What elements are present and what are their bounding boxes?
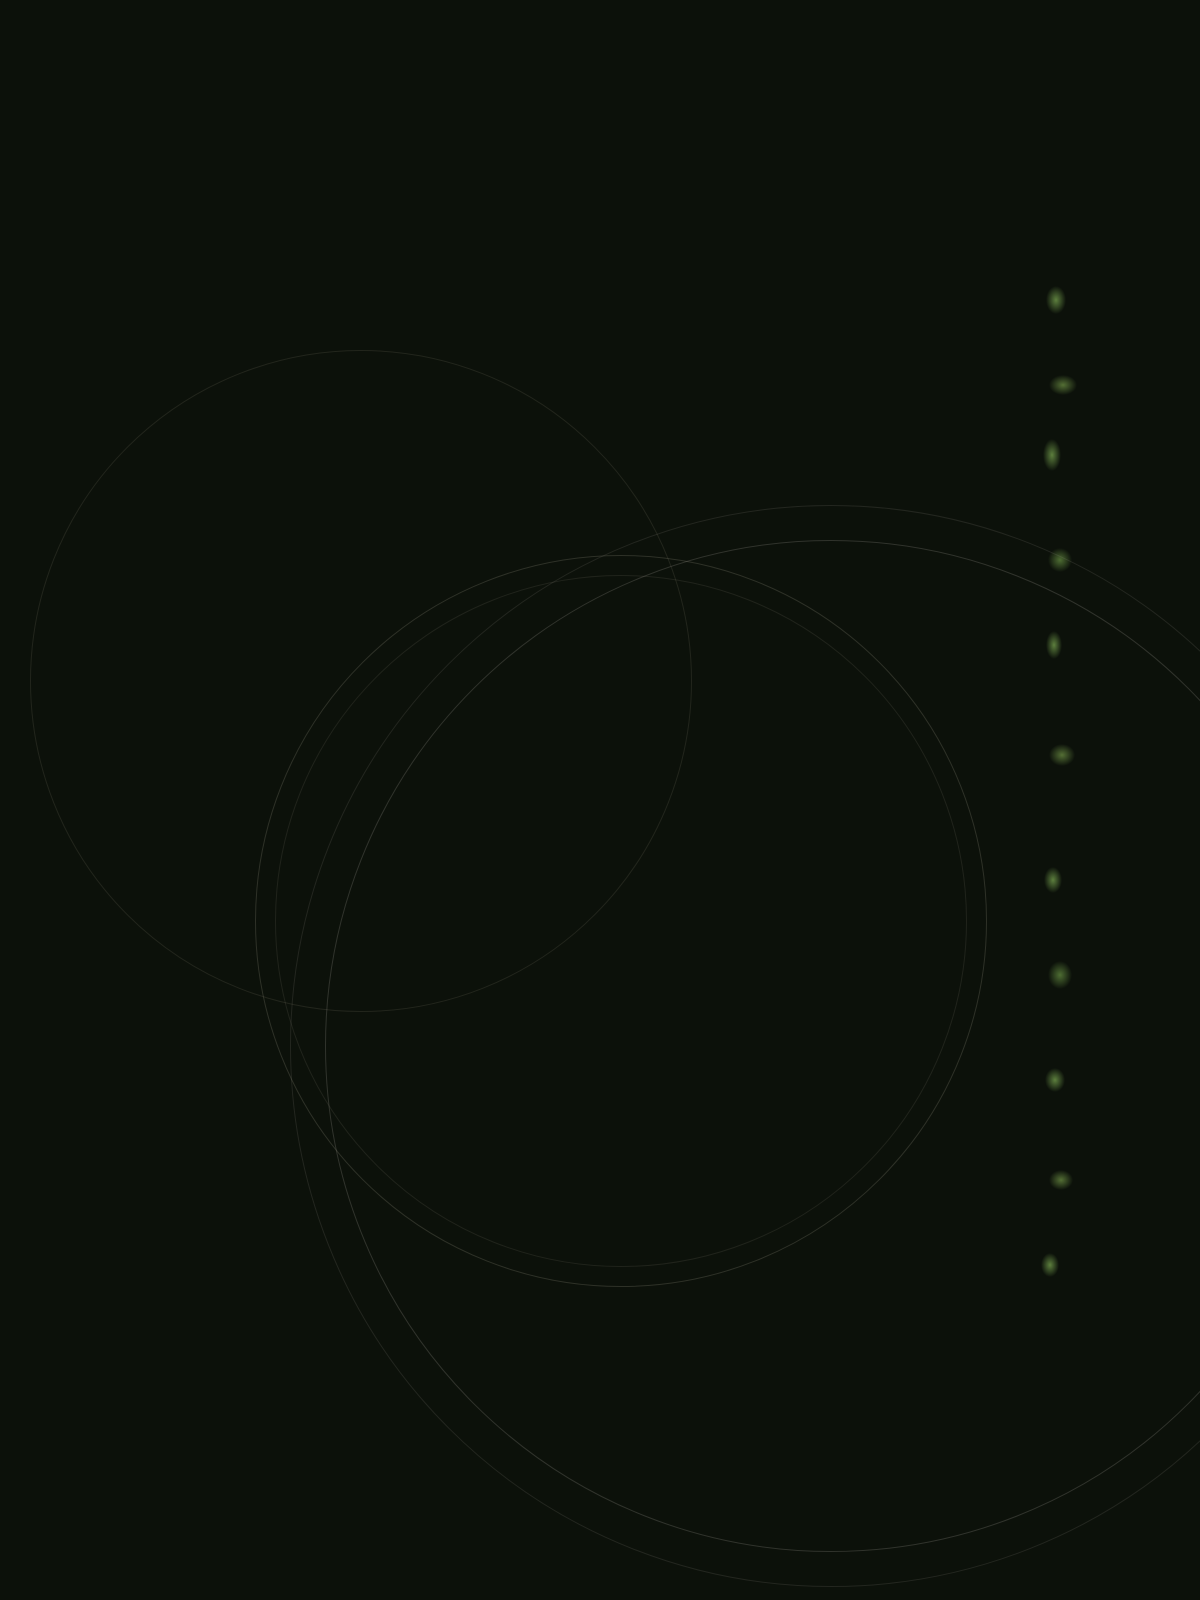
embossed-stamp-layer bbox=[0, 0, 1200, 1600]
embossed-stamp-ring bbox=[30, 350, 692, 1012]
photograph-of-open-manuscript-book: invonisi inferiorm). Più, più ricorda ch… bbox=[0, 0, 1200, 1600]
